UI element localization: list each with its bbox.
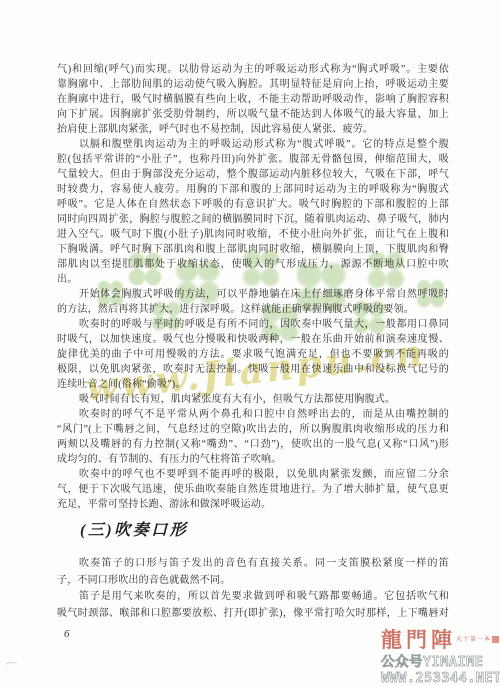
text-line: 两颊以及嘴唇的有力控制(又称“嘴劲”、“口劲”)，使吹出的一股气息(又称“口风”… (57, 437, 449, 452)
stamp-watermark-group: 龍門陣天下第一本 公众号YIMAIME WWW.253344.NET (381, 624, 500, 686)
scanned-book-page: www.Jianpu.cn 气)和回缩(呼气)而实现。以肋骨运动为主的呼吸运动形… (0, 0, 500, 686)
text-line: 下胸吸满。呼气时胸下部肌肉和腹上部肌肉同时收缩，横膈膜向上顶，下腹肌肉和臀 (57, 242, 449, 257)
body-text-mouth-shape: 吹奏笛子的口形与笛子发出的音色有直接关系。同一支笛膜松紧度一样的笛子，不同口形吹… (57, 556, 449, 622)
text-line: 气，便于下次吸气迅速，使乐曲吹奏能自然连贯地进行。为了增大肺扩量，使气息更 (57, 482, 449, 497)
text-line: 部肌肉以至提肛肌都处于收缩状态，使吸入的气形成压力，源源不断地从口腔中吹 (57, 257, 449, 272)
text-line: 旋律优美的曲子中可用慢吸的方法。要求吸气饱满充足，但也不要吸到不能再吸的 (57, 347, 449, 362)
text-line: 靠胸廓中、上部肋间肌的运动使气吸入胸腔。其明显特征是肩向上抬，呼吸运动主要 (57, 77, 449, 92)
text-line: 出。 (57, 272, 449, 287)
site-watermark-text: WWW.253344.NET (381, 670, 500, 686)
text-line: 吸气时间有长有短，肌肉紧张度有大有小，但吸气方法都使用胸腹式。 (57, 392, 449, 407)
text-line: 吹奏时的呼吸与平时的呼吸是有所不同的，因吹奏中吸气量大，一般都用口鼻同 (57, 317, 449, 332)
text-line: 以膈和腹壁肌肉运动为主的呼吸运动形式称为“腹式呼吸”。它的特点是整个腹 (57, 137, 449, 152)
text-line: 向下扩展。因胸廓扩张受肋骨制约，所以吸气量不能达到人体吸气的最大容量，加上 (57, 107, 449, 122)
text-line: 吹奏中的呼气也不要呼到不能再呼的极限，以免肌肉紧张发颤，而应留二分余 (57, 467, 449, 482)
text-line: “风门”(上下嘴唇之间，气息经过的空隙)吹出去的，所以胸腹肌肉收缩形成的压力和 (57, 422, 449, 437)
red-seal-stamp-text: 龍門陣 (381, 624, 456, 654)
text-line: 气)和回缩(呼气)而实现。以肋骨运动为主的呼吸运动形式称为“胸式呼吸”。主要依 (57, 62, 449, 77)
text-line: 吸气时颈部、喉部和口腔都要放松、打开(即扩张)，像平常打哈欠时那样，上下嘴唇对 (57, 606, 449, 623)
text-line: 充足，平常可坚持长跑、游泳和做深呼吸运动。 (57, 497, 449, 512)
red-seal-subtext: 天下第一本 (456, 634, 491, 643)
text-line: 腔(包括平常讲的“小肚子”，也称丹田)向外扩张。腹部无骨骼包围，伸缩范围大，吸 (57, 152, 449, 167)
text-line: 开始体会胸腹式呼吸的方法，可以平静地躺在床上仔细琢磨身体平常自然呼吸时 (57, 287, 449, 302)
text-line: 笛子是用气来吹奏的，所以首先要求做到呼和吸气路都要畅通。它包括吹气和 (57, 589, 449, 606)
text-line: 吹奏时的呼气不是平常从两个鼻孔和口腔中自然呼出去的，而是从由嘴控制的 (57, 407, 449, 422)
page-number: 6 (64, 628, 70, 640)
body-text-breathing: 气)和回缩(呼气)而实现。以肋骨运动为主的呼吸运动形式称为“胸式呼吸”。主要依靠… (57, 62, 449, 512)
text-line: 时较费力，容易使人疲劳。用胸的下部和腹的上部同时运动为主的呼吸称为“胸腹式 (57, 182, 449, 197)
text-line: 吹奏笛子的口形与笛子发出的音色有直接关系。同一支笛膜松紧度一样的笛 (57, 556, 449, 573)
text-line: 进入空气。吸气时下腹(小肚子)肌肉同时收缩，不使小肚向外扩张，而让气在上腹和 (57, 227, 449, 242)
scan-smudge-mark (5, 661, 19, 668)
section-heading-blowing-embouchure: (三)吹奏口形 (80, 517, 188, 540)
stamp-line: 龍門陣天下第一本 (381, 624, 500, 654)
text-line: 抬肩使上部肌肉紧张，呼气时也不易控制，因此容易使人紧张、疲劳。 (57, 122, 449, 137)
text-line: 气量较大。但由于胸部没充分运动，整个腹部运动内脏移位较大，气吸在下部，呼气 (57, 167, 449, 182)
text-line: 同时向四周扩张，胸腔与腹腔之间的横膈膜同时下沉，随着肌肉运动、鼻子吸气，肺内 (57, 212, 449, 227)
text-line: 连续吐音之间(俗称“偷吸”)。 (57, 377, 449, 392)
text-line: 的方法，然后再将其扩大，进行深呼吸。这样就能正确掌握胸腹式呼吸的要领。 (57, 302, 449, 317)
text-line: 极限，以免肌肉紧张，吹奏时无法控制。快吸一般用在快速乐曲中和没标换气记号的 (57, 362, 449, 377)
text-line: 在胸廓中进行，吸气时横膈膜有些向上收，不能主动帮助呼吸动作，影响了胸腔容积 (57, 92, 449, 107)
account-watermark-text: 公众号YIMAIME (381, 654, 500, 670)
red-seal-icon (492, 636, 499, 643)
text-line: 成均匀的、有节制的、有压力的气柱将笛子吹响。 (57, 452, 449, 467)
text-line: 呼吸”。它是人体在自然状态下呼吸的有意识扩大。吸气时胸腔的下部和腹腔的上部 (57, 197, 449, 212)
text-line: 时吸气，以加快速度。吸气也分慢吸和快吸两种，一般在乐曲开始前和演奏速度慢、 (57, 332, 449, 347)
text-line: 子，不同口形吹出的音色就截然不同。 (57, 573, 449, 590)
